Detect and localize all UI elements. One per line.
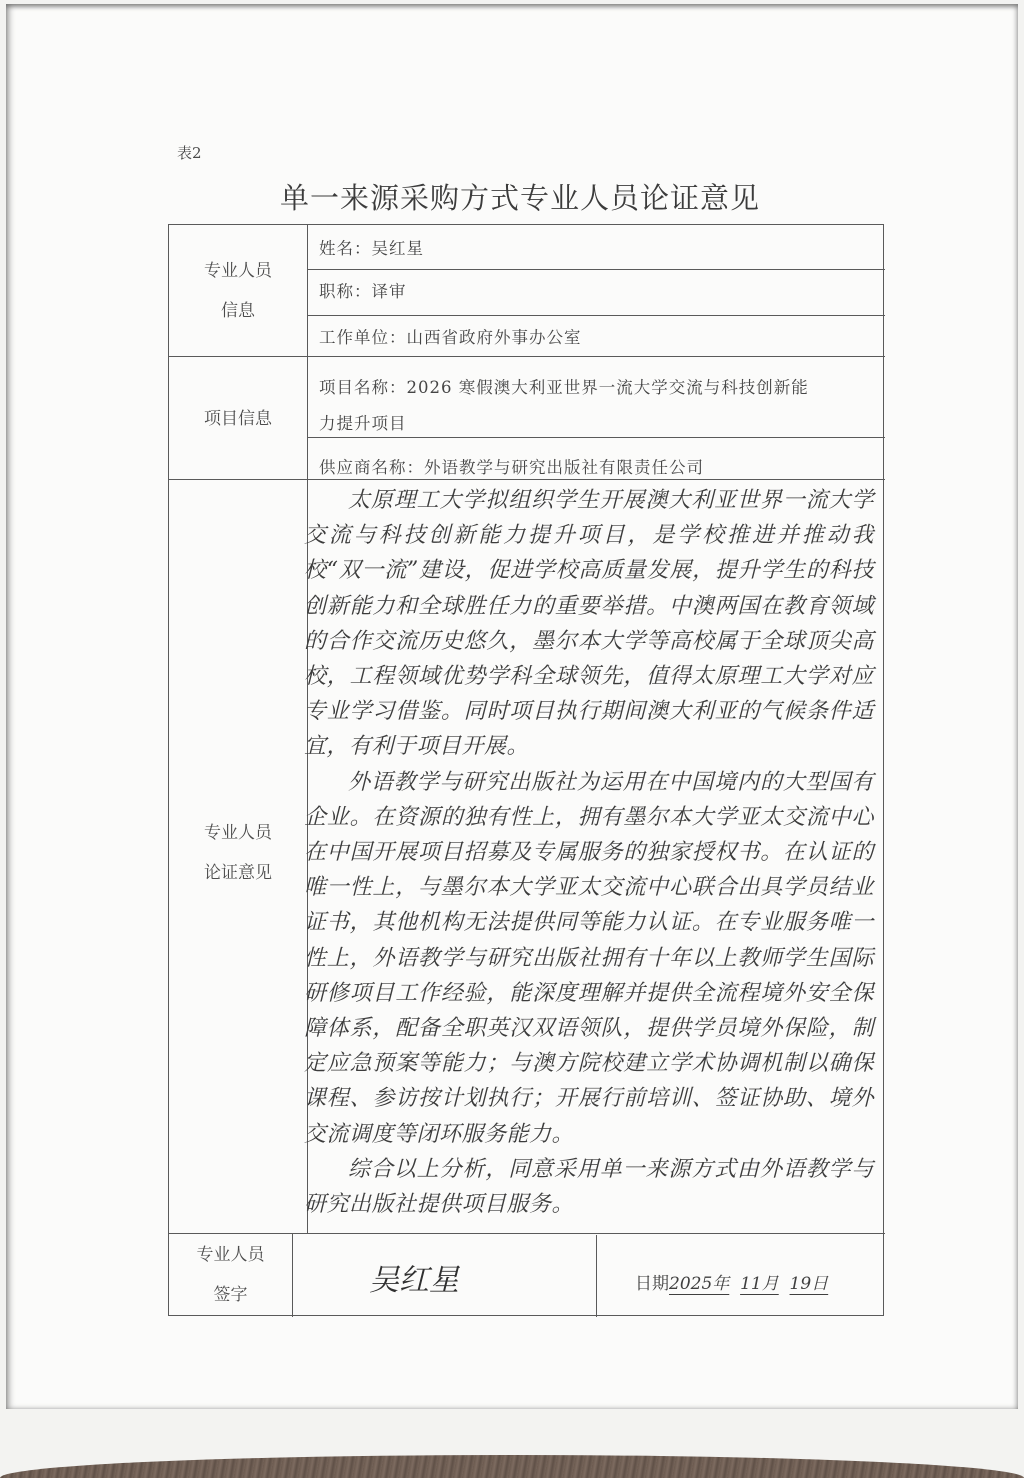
row-divider [307, 437, 885, 438]
opinion-label-line1: 专业人员 [169, 813, 307, 853]
section-divider [169, 479, 885, 480]
table-number-label: 表2 [177, 142, 202, 163]
date-day: 19日 [790, 1274, 829, 1294]
signature-label-line1: 专业人员 [169, 1235, 292, 1275]
expert-info-label-line1: 专业人员 [169, 251, 307, 291]
handwritten-signature: 吴红星 [369, 1255, 459, 1299]
document-title: 单一来源采购方式专业人员论证意见 [150, 176, 890, 217]
expert-name-field: 姓名：吴红星 [319, 235, 424, 259]
handwritten-opinion-text: 太原理工大学拟组织学生开展澳大利亚世界一流大学交流与科技创新能力提升项目，是学校… [304, 483, 874, 1222]
opinion-paragraph-2: 外语教学与研究出版社为运用在中国境内的大型国有企业。在资源的独有性上，拥有墨尔本… [304, 765, 874, 1152]
opinion-paragraph-1: 太原理工大学拟组织学生开展澳大利亚世界一流大学交流与科技创新能力提升项目，是学校… [304, 483, 874, 765]
section-divider [169, 356, 885, 357]
project-info-label: 项目信息 [169, 399, 307, 439]
date-month: 11月 [740, 1274, 779, 1294]
expert-info-label-line2: 信息 [169, 291, 307, 331]
date-year: 2025年 [669, 1274, 729, 1294]
signature-column-divider [292, 1233, 293, 1317]
opinion-paragraph-3: 综合以上分析，同意采用单一来源方式由外语教学与研究出版社提供项目服务。 [304, 1152, 874, 1222]
expert-title-field: 职称：译审 [319, 278, 407, 302]
date-label: 日期 [635, 1274, 669, 1294]
supplier-name-field: 供应商名称：外语教学与研究出版社有限责任公司 [319, 454, 704, 478]
project-name-line2: 力提升项目 [319, 410, 407, 434]
section-divider [169, 1233, 885, 1234]
signature-label-line2: 签字 [169, 1275, 292, 1315]
date-field: 日期2025年 11月 19日 [635, 1269, 828, 1294]
expert-employer-field: 工作单位：山西省政府外事办公室 [319, 324, 582, 348]
date-column-divider [596, 1235, 597, 1317]
opinion-form-table: 专业人员 信息 姓名：吴红星 职称：译审 工作单位：山西省政府外事办公室 项目信… [168, 224, 884, 1316]
row-divider [307, 269, 885, 270]
desk-surface [0, 1455, 1024, 1478]
row-divider [307, 315, 885, 316]
project-name-line1: 项目名称：2026 寒假澳大利亚世界一流大学交流与科技创新能 [319, 374, 809, 398]
opinion-label-line2: 论证意见 [169, 853, 307, 893]
